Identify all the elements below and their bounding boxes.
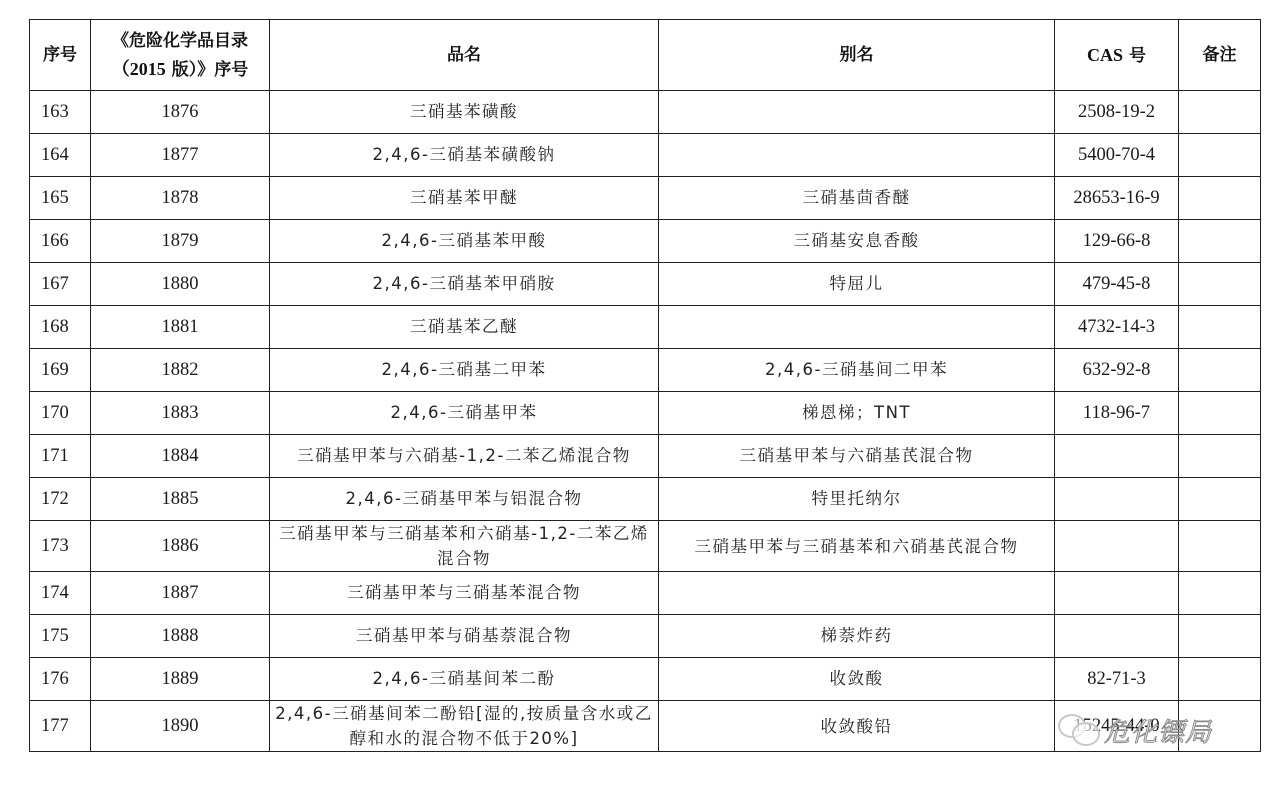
cell-alias: 收敛酸	[659, 658, 1055, 701]
cell-remark	[1179, 658, 1261, 701]
cell-catalog: 1879	[91, 220, 270, 263]
cell-catalog: 1880	[91, 263, 270, 306]
cell-name: 三硝基甲苯与六硝基-1,2-二苯乙烯混合物	[270, 435, 659, 478]
cell-remark	[1179, 392, 1261, 435]
cell-seq: 175	[30, 615, 91, 658]
cell-name: 2,4,6-三硝基间苯二酚铅[湿的,按质量含水或乙醇和水的混合物不低于20%]	[270, 701, 659, 752]
cell-catalog: 1876	[91, 91, 270, 134]
table-row: 177 1890 2,4,6-三硝基间苯二酚铅[湿的,按质量含水或乙醇和水的混合…	[30, 701, 1261, 752]
cell-remark	[1179, 615, 1261, 658]
table-row: 168 1881 三硝基苯乙醚 4732-14-3	[30, 306, 1261, 349]
cell-catalog: 1878	[91, 177, 270, 220]
cell-name: 三硝基苯乙醚	[270, 306, 659, 349]
cell-name: 2,4,6-三硝基二甲苯	[270, 349, 659, 392]
cell-name: 2,4,6-三硝基苯磺酸钠	[270, 134, 659, 177]
cell-cas: 4732-14-3	[1055, 306, 1179, 349]
cell-alias: 三硝基甲苯与三硝基苯和六硝基芪混合物	[659, 521, 1055, 572]
cell-remark	[1179, 177, 1261, 220]
cell-seq: 177	[30, 701, 91, 752]
hazardous-chemicals-table: 序号 《危险化学品目录 （2015 版）》序号 品名 别名 CAS 号 备注 1…	[29, 19, 1261, 752]
cell-remark	[1179, 263, 1261, 306]
cell-alias: 梯恩梯；TNT	[659, 392, 1055, 435]
cell-seq: 169	[30, 349, 91, 392]
cell-remark	[1179, 306, 1261, 349]
table-row: 167 1880 2,4,6-三硝基苯甲硝胺 特屈儿 479-45-8	[30, 263, 1261, 306]
cell-alias	[659, 306, 1055, 349]
table-row: 165 1878 三硝基苯甲醚 三硝基茴香醚 28653-16-9	[30, 177, 1261, 220]
cell-catalog: 1887	[91, 572, 270, 615]
cell-cas: 632-92-8	[1055, 349, 1179, 392]
cell-remark	[1179, 349, 1261, 392]
cell-name: 三硝基苯甲醚	[270, 177, 659, 220]
header-remark: 备注	[1179, 20, 1261, 91]
cell-seq: 173	[30, 521, 91, 572]
cell-name: 2,4,6-三硝基甲苯与铝混合物	[270, 478, 659, 521]
table-row: 169 1882 2,4,6-三硝基二甲苯 2,4,6-三硝基间二甲苯 632-…	[30, 349, 1261, 392]
cell-name: 三硝基苯磺酸	[270, 91, 659, 134]
cell-alias: 特屈儿	[659, 263, 1055, 306]
header-catalog-suffix: 版）》序号	[166, 60, 248, 80]
cell-seq: 167	[30, 263, 91, 306]
cell-alias	[659, 91, 1055, 134]
header-catalog-line2: （2015 版）》序号	[95, 55, 265, 84]
cell-cas: 118-96-7	[1055, 392, 1179, 435]
cell-seq: 163	[30, 91, 91, 134]
cell-cas: 5400-70-4	[1055, 134, 1179, 177]
cell-name: 2,4,6-三硝基苯甲硝胺	[270, 263, 659, 306]
header-cas: CAS 号	[1055, 20, 1179, 91]
cell-cas: 28653-16-9	[1055, 177, 1179, 220]
cell-catalog: 1884	[91, 435, 270, 478]
header-cas-latin: CAS	[1087, 45, 1123, 65]
cell-cas: 129-66-8	[1055, 220, 1179, 263]
cell-alias: 三硝基甲苯与六硝基芪混合物	[659, 435, 1055, 478]
cell-catalog: 1885	[91, 478, 270, 521]
cell-seq: 176	[30, 658, 91, 701]
table-row: 164 1877 2,4,6-三硝基苯磺酸钠 5400-70-4	[30, 134, 1261, 177]
cell-alias: 收敛酸铅	[659, 701, 1055, 752]
cell-remark	[1179, 701, 1261, 752]
cell-seq: 164	[30, 134, 91, 177]
cell-cas	[1055, 521, 1179, 572]
cell-seq: 170	[30, 392, 91, 435]
cell-alias: 三硝基安息香酸	[659, 220, 1055, 263]
cell-alias	[659, 572, 1055, 615]
cell-seq: 168	[30, 306, 91, 349]
cell-catalog: 1886	[91, 521, 270, 572]
cell-cas: 82-71-3	[1055, 658, 1179, 701]
table-row: 166 1879 2,4,6-三硝基苯甲酸 三硝基安息香酸 129-66-8	[30, 220, 1261, 263]
cell-alias: 特里托纳尔	[659, 478, 1055, 521]
table-row: 170 1883 2,4,6-三硝基甲苯 梯恩梯；TNT 118-96-7	[30, 392, 1261, 435]
table-row: 176 1889 2,4,6-三硝基间苯二酚 收敛酸 82-71-3	[30, 658, 1261, 701]
cell-remark	[1179, 220, 1261, 263]
header-row: 序号 《危险化学品目录 （2015 版）》序号 品名 别名 CAS 号 备注	[30, 20, 1261, 91]
header-cas-suffix: 号	[1123, 46, 1146, 66]
header-alias: 别名	[659, 20, 1055, 91]
cell-name: 三硝基甲苯与三硝基苯混合物	[270, 572, 659, 615]
header-seq: 序号	[30, 20, 91, 91]
table-row: 175 1888 三硝基甲苯与硝基萘混合物 梯萘炸药	[30, 615, 1261, 658]
cell-name: 2,4,6-三硝基甲苯	[270, 392, 659, 435]
header-name: 品名	[270, 20, 659, 91]
cell-cas: 2508-19-2	[1055, 91, 1179, 134]
cell-remark	[1179, 134, 1261, 177]
cell-catalog: 1890	[91, 701, 270, 752]
cell-seq: 172	[30, 478, 91, 521]
cell-seq: 174	[30, 572, 91, 615]
cell-name: 2,4,6-三硝基苯甲酸	[270, 220, 659, 263]
cell-cas	[1055, 435, 1179, 478]
header-catalog-line1: 《危险化学品目录	[95, 27, 265, 55]
table-row: 174 1887 三硝基甲苯与三硝基苯混合物	[30, 572, 1261, 615]
cell-catalog: 1882	[91, 349, 270, 392]
cell-seq: 165	[30, 177, 91, 220]
cell-catalog: 1888	[91, 615, 270, 658]
header-catalog-seq: 《危险化学品目录 （2015 版）》序号	[91, 20, 270, 91]
cell-catalog: 1881	[91, 306, 270, 349]
cell-remark	[1179, 435, 1261, 478]
cell-alias: 三硝基茴香醚	[659, 177, 1055, 220]
cell-cas: 479-45-8	[1055, 263, 1179, 306]
cell-remark	[1179, 478, 1261, 521]
header-catalog-year: （2015	[112, 59, 166, 79]
table-row: 173 1886 三硝基甲苯与三硝基苯和六硝基-1,2-二苯乙烯混合物 三硝基甲…	[30, 521, 1261, 572]
cell-cas	[1055, 572, 1179, 615]
cell-remark	[1179, 91, 1261, 134]
table-row: 171 1884 三硝基甲苯与六硝基-1,2-二苯乙烯混合物 三硝基甲苯与六硝基…	[30, 435, 1261, 478]
cell-name: 2,4,6-三硝基间苯二酚	[270, 658, 659, 701]
cell-seq: 166	[30, 220, 91, 263]
cell-alias: 2,4,6-三硝基间二甲苯	[659, 349, 1055, 392]
cell-alias	[659, 134, 1055, 177]
cell-cas	[1055, 615, 1179, 658]
cell-alias: 梯萘炸药	[659, 615, 1055, 658]
table-row: 172 1885 2,4,6-三硝基甲苯与铝混合物 特里托纳尔	[30, 478, 1261, 521]
cell-remark	[1179, 521, 1261, 572]
cell-name: 三硝基甲苯与三硝基苯和六硝基-1,2-二苯乙烯混合物	[270, 521, 659, 572]
cell-cas: 15245-44-0	[1055, 701, 1179, 752]
cell-name: 三硝基甲苯与硝基萘混合物	[270, 615, 659, 658]
cell-seq: 171	[30, 435, 91, 478]
cell-remark	[1179, 572, 1261, 615]
cell-catalog: 1883	[91, 392, 270, 435]
table-row: 163 1876 三硝基苯磺酸 2508-19-2	[30, 91, 1261, 134]
cell-catalog: 1889	[91, 658, 270, 701]
cell-cas	[1055, 478, 1179, 521]
cell-catalog: 1877	[91, 134, 270, 177]
